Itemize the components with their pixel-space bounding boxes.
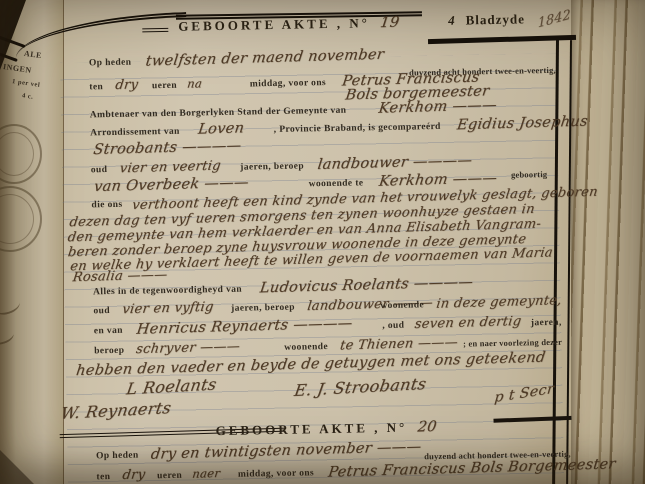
handwritten-entry: Kerkhom ———: [377, 97, 497, 116]
page-content: GEBOORTE AKTE , N° 19 4 Bladzyde 1842 Op…: [0, 0, 645, 484]
bladzyde-label: Bladzyde: [466, 11, 526, 27]
handwritten-entry: twelfsten der maend november: [144, 47, 384, 70]
printed-label: Alles in de tegenwoordigheyd van: [93, 285, 242, 298]
akte20-heading: GEBOORTE AKTE , N° 20: [216, 418, 437, 440]
handwritten-entry: Henricus Reynaerts ————: [136, 315, 354, 337]
signature-secretary: p t Secr: [495, 384, 554, 403]
handwritten-entry: seven en dertig: [413, 314, 522, 332]
handwritten-entry: vier en veertig: [118, 158, 221, 176]
bladzyde-number: 4: [448, 13, 456, 28]
akte19-title: GEBOORTE AKTE , N°: [178, 15, 370, 34]
printed-label: middag, voor ons: [238, 468, 314, 479]
printed-label: oud: [91, 165, 108, 175]
printed-label: geboortig: [511, 169, 547, 180]
printed-label: , Provincie Braband, is gecompareérd: [274, 122, 441, 135]
title-side-rule: [142, 28, 168, 32]
handwritten-entry: dry en twintigsten november ———: [149, 439, 422, 463]
handwritten-entry: in deze gemeynte,: [435, 293, 562, 312]
printed-label: ueren: [152, 81, 177, 91]
printed-label: jaeren, beroep: [240, 161, 304, 172]
handwritten-entry: dry: [121, 467, 146, 483]
handwritten-scrawl: 1842: [537, 7, 570, 31]
akte19-line-5: Stroobants ————: [93, 138, 241, 159]
printed-label: woonende te: [309, 178, 364, 189]
handwritten-entry: Stroobants ————: [92, 138, 242, 158]
akte20-line-1: Op heden dry en twintigsten november ———: [96, 439, 421, 463]
printed-label: beroep: [94, 346, 124, 357]
handwritten-entry: Egidius Josephus: [456, 114, 589, 134]
printed-label: Arrondissement van: [90, 127, 180, 139]
akte19-heading: GEBOORTE AKTE , N° 19: [178, 14, 399, 36]
handwritten-entry: te Thienen ———: [339, 335, 459, 353]
printed-label: en van: [94, 326, 123, 337]
section-divider-rule: [493, 416, 571, 423]
printed-label: woonende: [284, 342, 328, 353]
akte20-number: 20: [416, 419, 437, 436]
handwritten-entry: Loven: [197, 120, 245, 137]
bladzyde-heading: 4 Bladzyde 1842: [448, 10, 571, 30]
printed-label: die ons: [91, 200, 122, 211]
akte19-line-1: Op heden twelfsten der maend november: [89, 47, 384, 70]
printed-label: ten: [89, 82, 103, 92]
printed-label: woonende: [380, 300, 424, 311]
printed-label: ten: [96, 472, 110, 482]
handwritten-entry: vier en vyftig: [121, 300, 214, 318]
printed-label: Op heden: [96, 451, 139, 462]
printed-label: ueren: [157, 471, 182, 481]
printed-label: middag, voor ons: [250, 78, 326, 89]
akte19-line-6-right: geboortig: [511, 164, 548, 183]
akte19-number: 19: [379, 15, 400, 32]
handwritten-entry: Petrus Franciscus Bols Borgemeester: [327, 456, 616, 480]
handwritten-entry: schryver ———: [135, 339, 241, 357]
printed-label: , oud: [382, 321, 404, 331]
printed-label: jaeren, beroep: [231, 303, 295, 314]
printed-label: Op heden: [89, 58, 132, 69]
handwritten-entry: naer: [191, 466, 221, 481]
signature-roelants: L Roelants: [127, 376, 217, 398]
register-page-photo: ALE INGEN 1 per vel 4 c. GEBOORTE AKTE ,…: [0, 0, 645, 484]
printed-label: jaeren,: [531, 318, 562, 329]
printed-label: oud: [93, 306, 110, 316]
signature-reynaerts: W. Reynaerts: [61, 400, 171, 422]
handwritten-entry: dry: [114, 77, 139, 93]
printed-label: ; en naer voorlezing dezer: [463, 337, 562, 349]
akte20-title: GEBOORTE AKTE , N°: [216, 420, 408, 439]
handwritten-entry: na: [186, 76, 203, 90]
signature-stroobants: E. J. Stroobants: [295, 376, 426, 398]
